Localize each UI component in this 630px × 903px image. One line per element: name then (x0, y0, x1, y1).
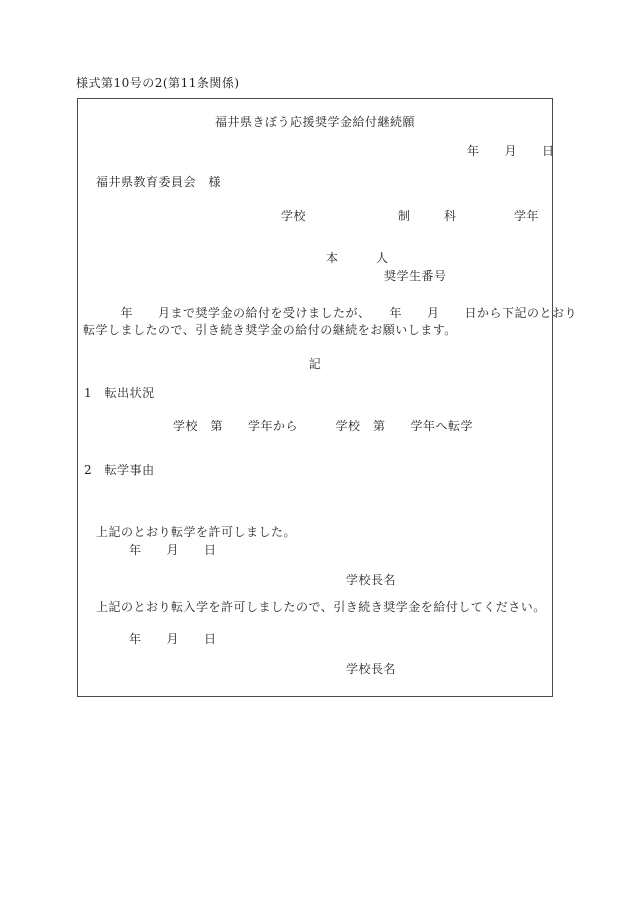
body-paragraph-line2: 転学しましたので、引き続き奨学金の給付の継続をお願いします。 (83, 322, 549, 339)
form-border-box: 福井県きぼう応援奨学金給付継続願 年 月 日 福井県教育委員会 様 学校 制 科… (77, 98, 553, 697)
section2-heading: 2 転学事由 (84, 463, 155, 478)
applicant-label: 本 人 (326, 251, 389, 266)
header-date-line: 年 月 日 (467, 144, 555, 159)
transfer-out-approval-statement: 上記のとおり転学を許可しました。 (96, 525, 296, 540)
recipient-line: 福井県教育委員会 様 (96, 175, 221, 190)
form-number-label: 様式第10号の2(第11条関係) (76, 76, 240, 91)
body-paragraph-line1: 年 月まで奨学金の給付を受けましたが、 年 月 日から下記のとおり (83, 305, 549, 322)
transfer-in-approval-date: 年 月 日 (129, 632, 217, 647)
list-heading: 記 (78, 357, 552, 372)
document-page: 様式第10号の2(第11条関係) 福井県きぼう応援奨学金給付継続願 年 月 日 … (0, 0, 630, 903)
school-label: 学校 (281, 209, 306, 224)
school-system-label: 制 (398, 209, 411, 224)
section1-heading: 1 転出状況 (84, 386, 155, 401)
transfer-in-approval-statement: 上記のとおり転入学を許可しましたので、引き続き奨学金を給付してください。 (96, 600, 546, 615)
transfer-detail-line: 学校 第 学年から 学校 第 学年へ転学 (173, 419, 473, 434)
school-department-label: 科 (444, 209, 457, 224)
scholar-number-label: 奨学生番号 (384, 269, 447, 284)
school-grade-label: 学年 (514, 209, 539, 224)
transfer-in-principal-label: 学校長名 (346, 662, 396, 677)
form-title: 福井県きぼう応援奨学金給付継続願 (78, 115, 552, 130)
transfer-out-approval-date: 年 月 日 (129, 543, 217, 558)
transfer-out-principal-label: 学校長名 (346, 573, 396, 588)
